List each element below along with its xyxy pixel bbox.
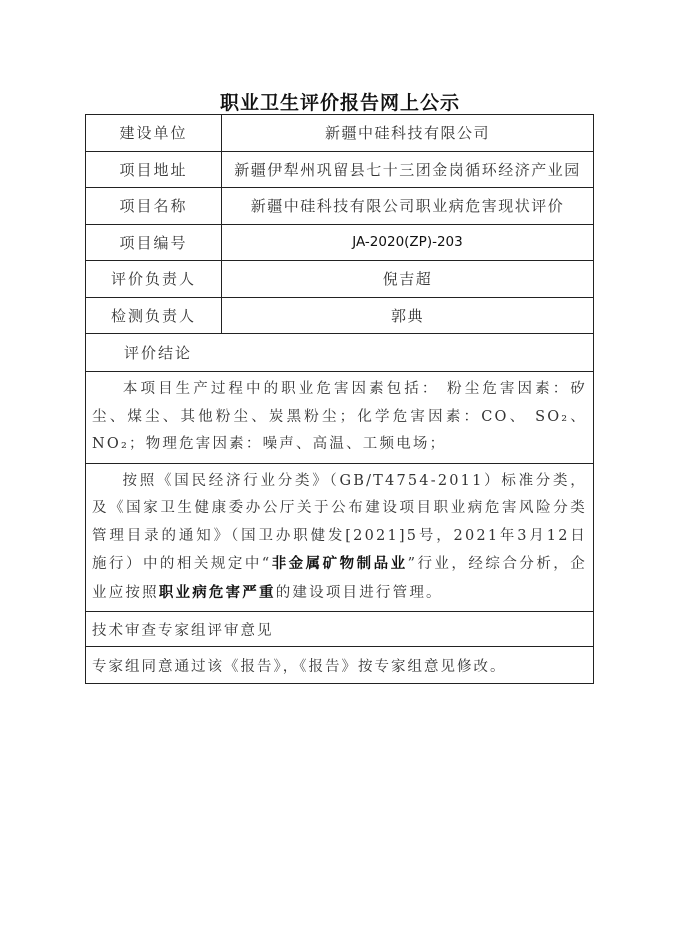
conclusion-paragraph-classification: 按照《国民经济行业分类》（GB/T4754-2011）标准分类，及《国家卫生健康…: [86, 464, 593, 612]
table-row-testing-lead: 检测负责人 郭典: [86, 298, 593, 335]
row-value: 郭典: [222, 298, 593, 334]
industry-name: 非金属矿物制品业: [271, 555, 407, 572]
row-label: 检测负责人: [86, 298, 222, 334]
table-row-project-number: 项目编号 JA-2020(ZP)-203: [86, 225, 593, 262]
row-label: 项目名称: [86, 188, 222, 224]
row-value: 新疆伊犁州巩留县七十三团金岗循环经济产业园: [222, 152, 593, 188]
conclusion-paragraph-hazards: 本项目生产过程中的职业危害因素包括： 粉尘危害因素：矽尘、煤尘、其他粉尘、炭黑粉…: [86, 372, 593, 463]
review-heading: 技术审查专家组评审意见: [86, 612, 274, 646]
row-label: 评价负责人: [86, 261, 222, 297]
conclusion-heading: 评价结论: [86, 334, 192, 371]
review-text-row: 专家组同意通过该《报告》，《报告》按专家组意见修改。: [86, 647, 593, 684]
conclusion-para1-row: 本项目生产过程中的职业危害因素包括： 粉尘危害因素：矽尘、煤尘、其他粉尘、炭黑粉…: [86, 372, 593, 464]
row-label: 项目编号: [86, 225, 222, 261]
row-label: 项目地址: [86, 152, 222, 188]
disclosure-table: 建设单位 新疆中硅科技有限公司 项目地址 新疆伊犁州巩留县七十三团金岗循环经济产…: [85, 114, 594, 684]
row-label: 建设单位: [86, 115, 222, 151]
review-heading-row: 技术审查专家组评审意见: [86, 612, 593, 647]
row-value: 倪吉超: [222, 261, 593, 297]
table-row-construction-unit: 建设单位 新疆中硅科技有限公司: [86, 115, 593, 152]
table-row-project-address: 项目地址 新疆伊犁州巩留县七十三团金岗循环经济产业园: [86, 152, 593, 189]
conclusion-para2-row: 按照《国民经济行业分类》（GB/T4754-2011）标准分类，及《国家卫生健康…: [86, 464, 593, 613]
row-value: JA-2020(ZP)-203: [222, 225, 593, 261]
row-value: 新疆中硅科技有限公司职业病危害现状评价: [222, 188, 593, 224]
risk-level: 职业病危害严重: [159, 584, 276, 601]
row-value: 新疆中硅科技有限公司: [222, 115, 593, 151]
page-title: 职业卫生评价报告网上公示: [0, 88, 680, 115]
table-row-evaluation-lead: 评价负责人 倪吉超: [86, 261, 593, 298]
conclusion-heading-row: 评价结论: [86, 334, 593, 372]
review-text: 专家组同意通过该《报告》，《报告》按专家组意见修改。: [86, 647, 507, 683]
table-row-project-name: 项目名称 新疆中硅科技有限公司职业病危害现状评价: [86, 188, 593, 225]
